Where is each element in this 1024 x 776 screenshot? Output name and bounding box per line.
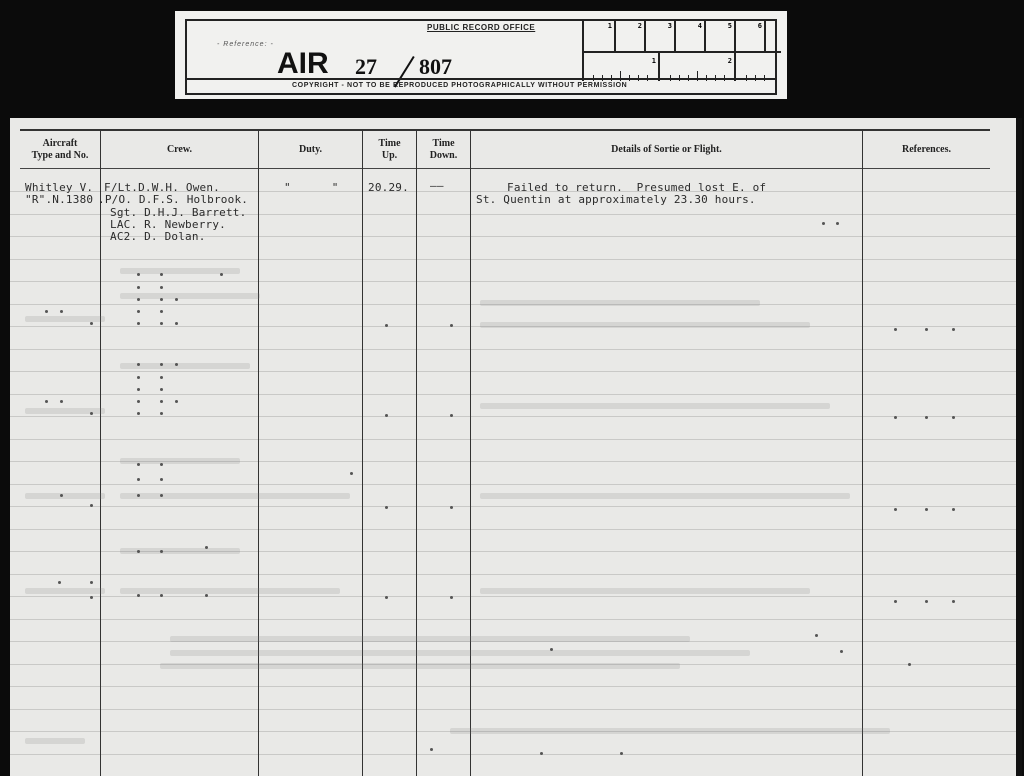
reference-label: - Reference: - bbox=[217, 41, 274, 48]
column-divider bbox=[862, 129, 863, 776]
crew-member: AC2. D. Dolan. bbox=[110, 231, 206, 243]
column-divider bbox=[416, 129, 417, 776]
ruler-cm-5: 5 bbox=[706, 21, 736, 51]
column-divider bbox=[100, 129, 101, 776]
header-references: References. bbox=[863, 131, 990, 168]
header-time-up: TimeUp. bbox=[363, 131, 416, 168]
crew-member: .P/O. D.F.S. Holbrook. bbox=[98, 194, 248, 206]
scale-ruler: 1 2 3 4 5 6 1 2 bbox=[582, 21, 781, 81]
ruler-cm-4: 4 bbox=[676, 21, 706, 51]
time-up: 20.29. bbox=[368, 182, 409, 194]
aircraft-number: "R".N.1380 bbox=[25, 194, 93, 206]
ruler-cm-6: 6 bbox=[736, 21, 766, 51]
header-duty: Duty. bbox=[259, 131, 362, 168]
page-edge-shadow bbox=[1016, 118, 1022, 776]
column-divider bbox=[362, 129, 363, 776]
ruler-cm-1: 1 bbox=[584, 21, 616, 51]
header-crew: Crew. bbox=[101, 131, 258, 168]
column-divider bbox=[258, 129, 259, 776]
series-prefix: AIR bbox=[277, 47, 329, 81]
header-details: Details of Sortie or Flight. bbox=[471, 131, 862, 168]
series-number: 27 bbox=[355, 54, 377, 80]
ruler-inch-1: 1 bbox=[584, 53, 660, 81]
piece-number: 807 bbox=[419, 54, 452, 80]
header-bottom-border bbox=[20, 168, 990, 169]
reference-slip-frame: - Reference: - PUBLIC RECORD OFFICE AIR … bbox=[185, 19, 777, 95]
ruler-cm-3: 3 bbox=[646, 21, 676, 51]
office-title: PUBLIC RECORD OFFICE bbox=[427, 23, 535, 32]
reference-slip: - Reference: - PUBLIC RECORD OFFICE AIR … bbox=[175, 11, 787, 99]
ruler-cm-2: 2 bbox=[616, 21, 646, 51]
copyright-notice: COPYRIGHT - NOT TO BE REPRODUCED PHOTOGR… bbox=[187, 78, 775, 93]
time-down: —— bbox=[430, 180, 444, 192]
header-aircraft: AircraftType and No. bbox=[20, 131, 100, 168]
duty-ditto: " " bbox=[284, 182, 339, 194]
operations-record-page: AircraftType and No. Crew. Duty. TimeUp.… bbox=[10, 118, 1022, 776]
sortie-details: St. Quentin at approximately 23.30 hours… bbox=[476, 194, 756, 206]
column-divider bbox=[470, 129, 471, 776]
header-time-down: TimeDown. bbox=[417, 131, 470, 168]
